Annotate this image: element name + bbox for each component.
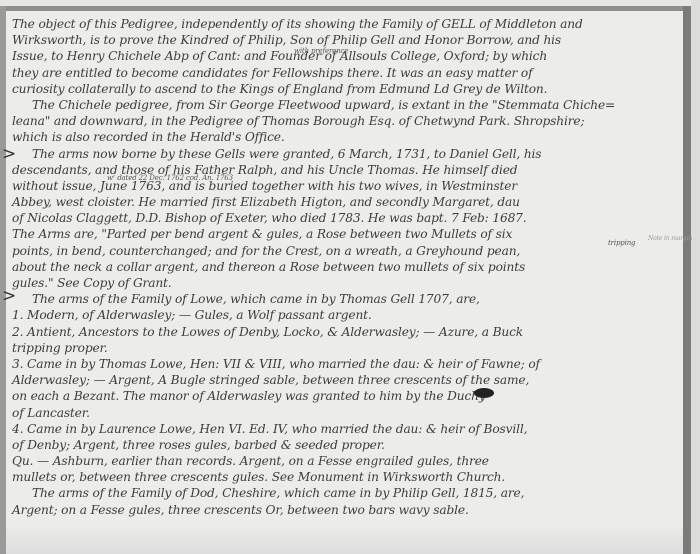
text-line: about the neck a collar argent, and ther… (12, 259, 684, 275)
page-margin-right (691, 0, 700, 554)
scanned-document: The object of this Pedigree, independent… (0, 0, 700, 554)
text-line: 4. Came in by Laurence Lowe, Hen VI. Ed.… (12, 421, 684, 437)
interlinear-note-with-preference: with preference (294, 43, 348, 59)
text-line: on each a Bezant. The manor of Alderwasl… (12, 388, 684, 404)
text-line-content: The arms now borne by these Gells were g… (32, 147, 541, 161)
manuscript-text: The object of this Pedigree, independent… (12, 16, 684, 518)
text-line: 2. Antient, Ancestors to the Lowes of De… (12, 324, 684, 340)
text-line-content: Issue, to Henry Chichele Abp of Cant: an… (12, 49, 547, 63)
text-line: curiosity collaterally to ascend to the … (12, 81, 684, 97)
text-line: Issue, to Henry Chichele Abp of Cant: an… (12, 48, 684, 64)
page-bottom-fold (6, 528, 683, 554)
text-line: mullets or, between three crescents gule… (12, 469, 684, 485)
text-line: descendants, and those of his Father Ral… (12, 162, 684, 178)
text-line: The arms of the Family of Dod, Cheshire,… (32, 485, 684, 501)
margin-marker-arrow-icon: > (2, 288, 16, 304)
ink-blot (474, 388, 494, 398)
text-line: gules." See Copy of Grant. (12, 275, 684, 291)
text-line: of Nicolas Claggett, D.D. Bishop of Exet… (12, 210, 684, 226)
text-line-content: descendants, and those of his Father Ral… (12, 163, 517, 177)
text-line: of Denby; Argent, three roses gules, bar… (12, 437, 684, 453)
text-line: 1. Modern, of Alderwasley; — Gules, a Wo… (12, 307, 684, 323)
text-line: Qu. — Ashburn, earlier than records. Arg… (12, 453, 684, 469)
text-line-content: The arms of the Family of Lowe, which ca… (32, 292, 480, 306)
page-border-right (683, 6, 691, 554)
text-line: 3. Came in by Thomas Lowe, Hen: VII & VI… (12, 356, 684, 372)
text-line: of Lancaster. (12, 405, 684, 421)
text-line: The Chichele pedigree, from Sir George F… (32, 97, 684, 113)
text-line: > The arms now borne by these Gells were… (32, 146, 684, 162)
text-line: Abbey, west cloister. He married first E… (12, 194, 684, 210)
text-line: which is also recorded in the Herald's O… (12, 129, 684, 145)
text-line: without issue, June 1763, and is buried … (12, 178, 684, 194)
text-line: Alderwasley; — Argent, A Bugle stringed … (12, 372, 684, 388)
text-line: points, in bend, counterchanged; and for… (12, 243, 684, 259)
text-line: Argent; on a Fesse gules, three crescent… (12, 502, 684, 518)
text-line: leana" and downward, in the Pedigree of … (12, 113, 684, 129)
margin-marker-arrow-icon: > (2, 146, 16, 162)
text-line-content: The Arms are, "Parted per bend argent & … (12, 227, 512, 241)
text-line: tripping proper. (12, 340, 684, 356)
text-line: The object of this Pedigree, independent… (12, 16, 684, 32)
text-line: > The arms of the Family of Lowe, which … (32, 291, 684, 307)
text-line: they are entitled to become candidates f… (12, 65, 684, 81)
text-line: The Arms are, "Parted per bend argent & … (12, 226, 684, 242)
